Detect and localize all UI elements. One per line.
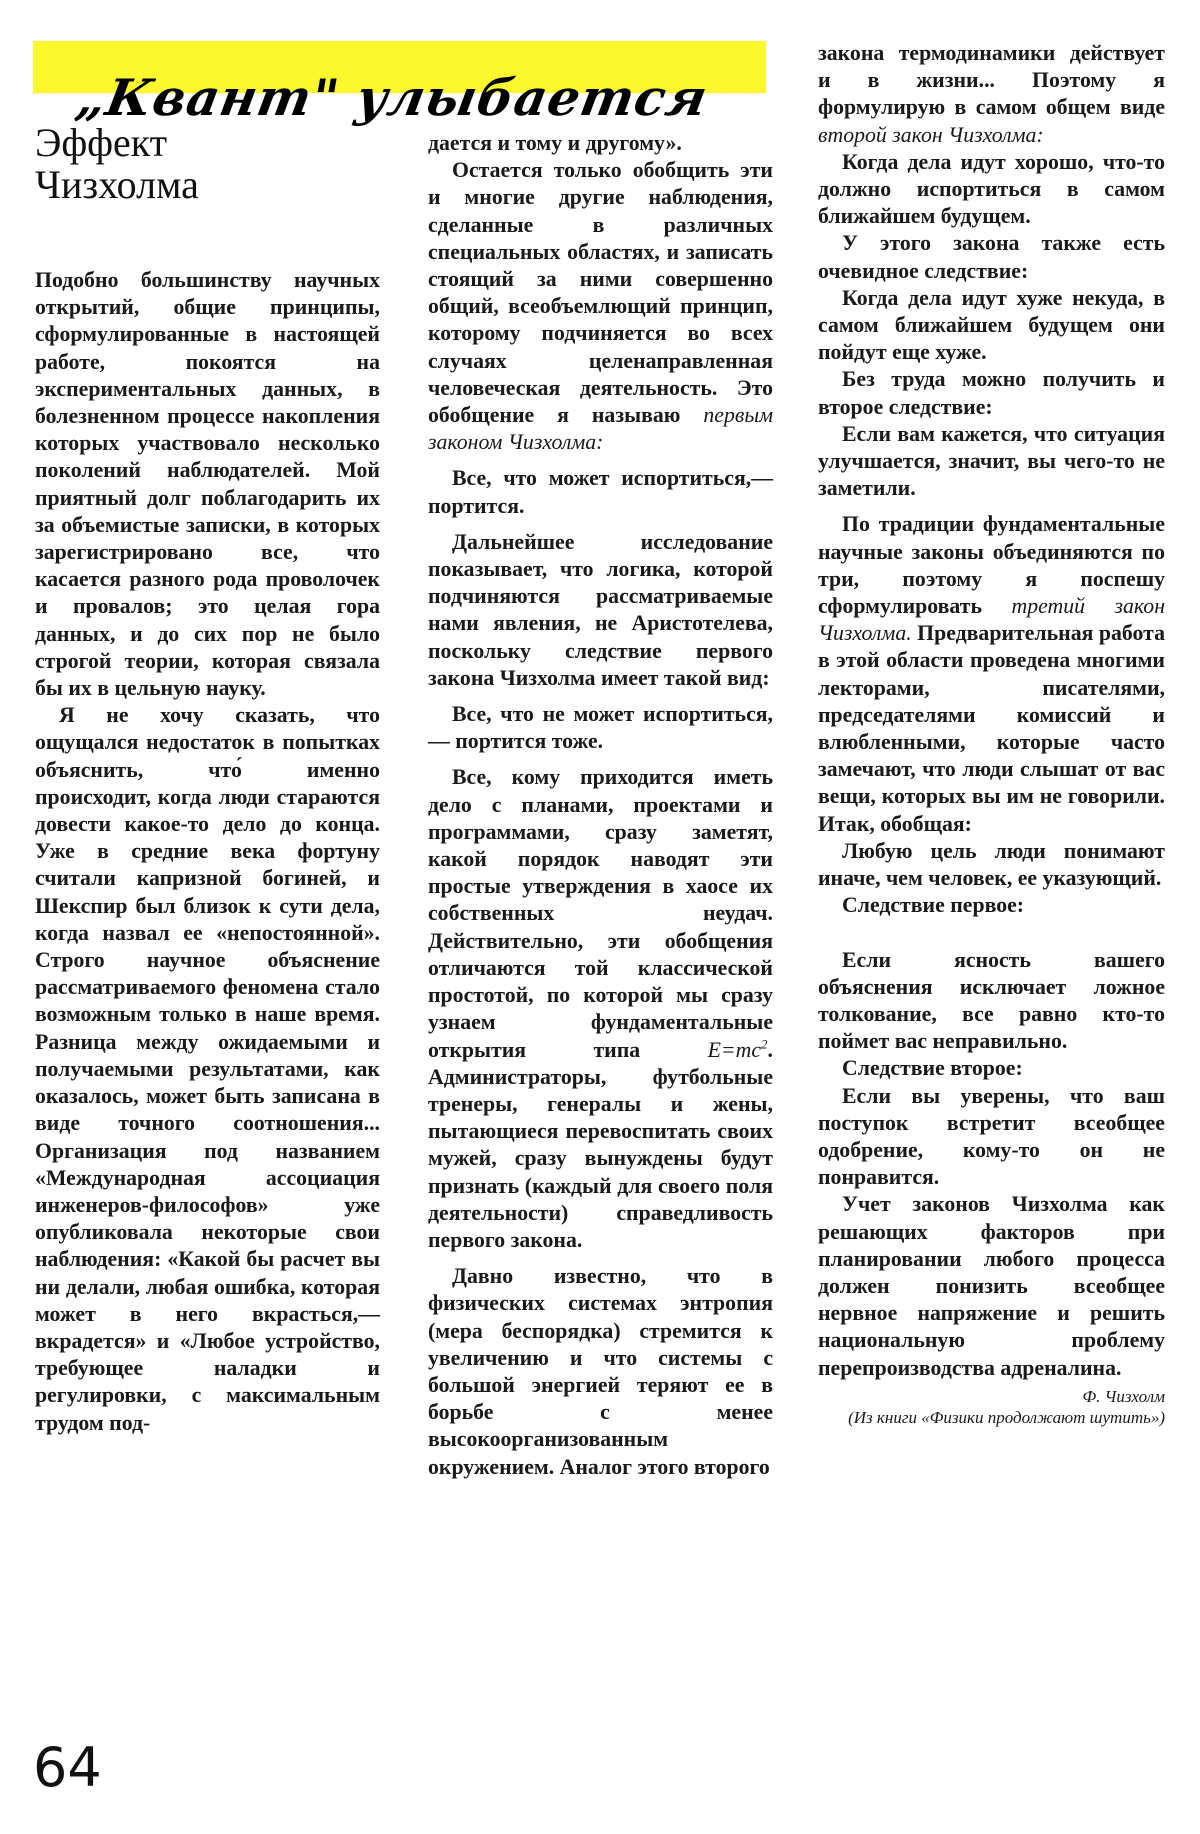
paragraph: Остается только обобщить эти и многие др… [428,157,773,456]
corollary-2-label: Следствие второе: [818,1055,1165,1082]
second-law: Когда дела идут хорошо, что-то должно ис… [818,149,1165,231]
section-banner: „Квант" улыбается [33,41,766,93]
formula: E=mc2 [708,1038,768,1062]
column-1: Подобно большинству научных открытий, об… [35,267,380,1437]
paragraph: закона термодинамики действует и в жизни… [818,40,1165,149]
author-signature: Ф. Чизхолм [818,1386,1165,1407]
corollary-1-label: Следствие первое: [818,892,1165,919]
third-law-corollary-1: Если ясность вашего объяснения исключает… [818,947,1165,1056]
paragraph-text: закона термодинамики действует и в жизни… [818,41,1165,119]
third-law: Любую цель люди понимают иначе, чем чело… [818,838,1165,892]
paragraph: Дальнейшее исследование показывает, что … [428,529,773,692]
paragraph: По традиции фундаментальные научные зако… [818,511,1165,837]
paragraph: Учет законов Чизхолма как решающих факто… [818,1191,1165,1381]
paragraph-text: . Администраторы, футбольные тренеры, ге… [428,1038,773,1252]
paragraph-text: Все, кому приходится иметь дело с планам… [428,765,773,1061]
paragraph: Без труда можно получить и второе следст… [818,366,1165,420]
article-title: Эффект Чизхолма [35,122,199,206]
second-law-name: второй закон Чизхолма: [818,123,1044,147]
paragraph: У этого закона также есть очевидное след… [818,230,1165,284]
paragraph: Давно известно, что в физических система… [428,1263,773,1481]
paragraph: Я не хочу сказать, что ощущался недостат… [35,702,380,1436]
column-2: дается и тому и другому». Остается тольк… [428,130,773,1481]
second-law-corollary-2: Если вам кажется, что ситуация улучшаетс… [818,421,1165,503]
first-law-corollary: Все, что не может испортиться,— портится… [428,701,773,755]
source-citation: (Из книги «Физики продолжают шутить») [818,1407,1165,1428]
third-law-corollary-2: Если вы уверены, что ваш поступок встрет… [818,1083,1165,1192]
article-title-line1: Эффект [35,120,167,165]
paragraph: Все, кому приходится иметь дело с планам… [428,764,773,1254]
page-number: 64 [33,1738,102,1798]
paragraph: дается и тому и другому». [428,130,773,157]
column-3: закона термодинамики действует и в жизни… [818,40,1165,1428]
paragraph-text: Предварительная работа в этой области пр… [818,621,1165,835]
formula-base: E=mc [708,1038,761,1062]
paragraph-text: Остается только обобщить эти и многие др… [428,158,773,427]
second-law-corollary-1: Когда дела идут хуже некуда, в самом бли… [818,285,1165,367]
paragraph: Подобно большинству научных открытий, об… [35,267,380,702]
first-law: Все, что может испортиться,— портится. [428,465,773,519]
article-title-line2: Чизхолма [35,162,199,207]
